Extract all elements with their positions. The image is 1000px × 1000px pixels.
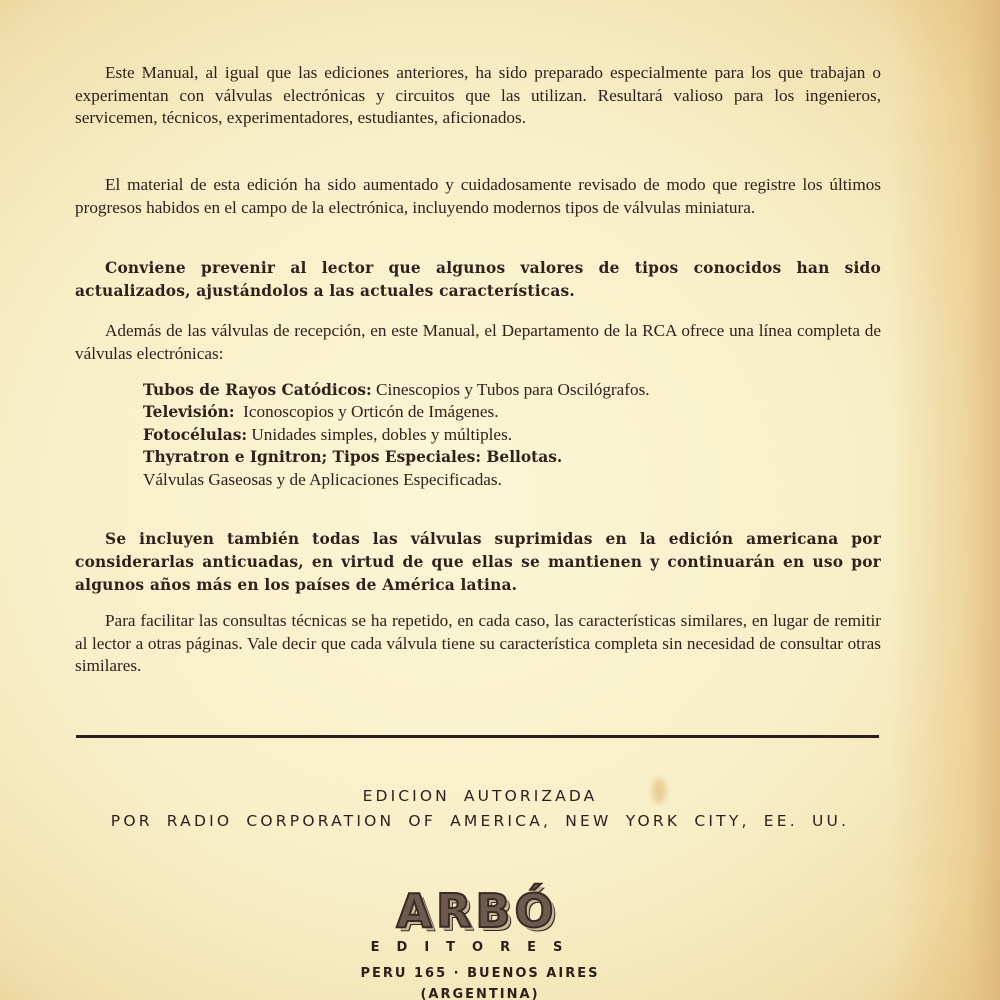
authorization-line-1: EDICION AUTORIZADA (60, 787, 900, 805)
paragraph-suppressed: Se incluyen también todas las válvulas s… (75, 528, 881, 596)
list-item: Thyratron e Ignitron; Tipos Especiales: … (143, 446, 843, 468)
publisher-country: (ARGENTINA) (340, 987, 620, 1000)
page-title: MANUAL (320, 0, 690, 10)
paragraph-intro: Este Manual, al igual que las ediciones … (75, 62, 881, 130)
paragraph-rca: Además de las válvulas de recepción, en … (75, 320, 881, 365)
paragraph-material: El material de esta edición ha sido aume… (75, 174, 881, 219)
publisher-address: PERU 165 · BUENOS AIRES (340, 966, 620, 981)
publisher-logo: ARBÓ (362, 888, 592, 938)
list-item: Tubos de Rayos Catódicos: Cinescopios y … (143, 379, 843, 401)
publisher-subtitle: EDITORES (360, 940, 590, 955)
paragraph-warning: Conviene prevenir al lector que algunos … (75, 257, 881, 302)
list-item: Fotocélulas: Unidades simples, dobles y … (143, 424, 843, 446)
product-list: Tubos de Rayos Catódicos: Cinescopios y … (143, 379, 843, 491)
list-item: Televisión: Iconoscopios y Orticón de Im… (143, 401, 843, 423)
horizontal-divider (76, 735, 879, 738)
authorization-line-2: POR RADIO CORPORATION OF AMERICA, NEW YO… (60, 812, 900, 830)
paragraph-consult: Para facilitar las consultas técnicas se… (75, 610, 881, 678)
publisher-logo-text: ARBÓ (396, 884, 557, 938)
list-item: Válvulas Gaseosas y de Aplicaciones Espe… (143, 469, 843, 491)
paper-edge-shading (890, 0, 1000, 1000)
